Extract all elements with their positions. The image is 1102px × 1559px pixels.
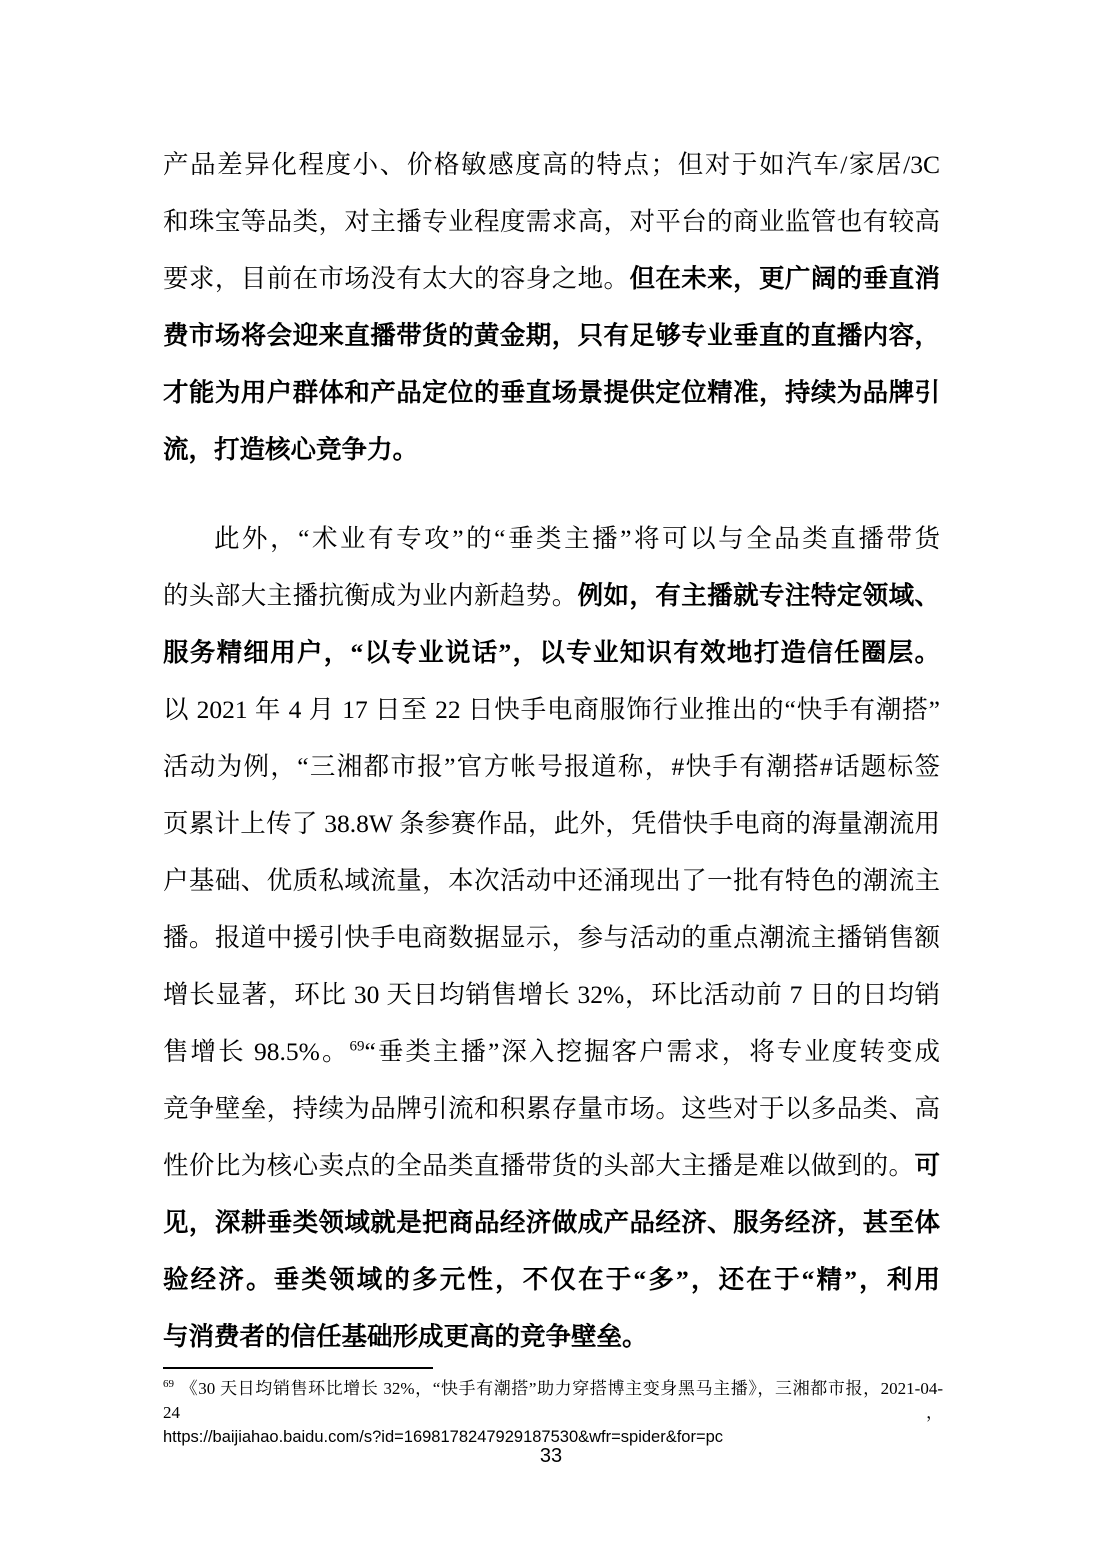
- text-run: 售增长 98.5%。: [163, 1037, 350, 1066]
- text-line: 服务精细用户，“以专业说话”，以专业知识有效地打造信任圈层。: [163, 624, 940, 681]
- footnote-text: 《30 天日均销售环比增长 32%，“快手有潮搭”助力穿搭博主变身黑马主播》，三…: [163, 1379, 943, 1422]
- paragraph-2: 此外，“术业有专攻”的“垂类主播”将可以与全品类直播带货的头部大主播抗衡成为业内…: [163, 510, 940, 1365]
- text-run: 服务精细用户，“以专业说话”，以专业知识有效地打造信任圈层。: [163, 638, 940, 667]
- text-line: 产品差异化程度小、价格敏感度高的特点；但对于如汽车/家居/3C: [163, 136, 940, 193]
- text-run: 要求，目前在市场没有太大的容身之地。: [163, 264, 629, 293]
- text-run: “垂类主播”深入挖掘客户需求，将专业度转变成: [365, 1037, 941, 1066]
- text-run: 以 2021 年 4 月 17 日至 22 日快手电商服饰行业推出的“快手有潮搭…: [163, 695, 940, 724]
- footnote: 69《30 天日均销售环比增长 32%，“快手有潮搭”助力穿搭博主变身黑马主播》…: [163, 1367, 943, 1449]
- document-page: 产品差异化程度小、价格敏感度高的特点；但对于如汽车/家居/3C和珠宝等品类，对主…: [0, 0, 1102, 1559]
- text-run: 性价比为核心卖点的全品类直播带货的头部大主播是难以做到的。: [163, 1151, 914, 1180]
- text-line: 见，深耕垂类领域就是把商品经济做成产品经济、服务经济，甚至体: [163, 1194, 940, 1251]
- text-line: 活动为例，“三湘都市报”官方帐号报道称，#快手有潮搭#话题标签: [163, 738, 940, 795]
- text-line: 才能为用户群体和产品定位的垂直场景提供定位精准，持续为品牌引: [163, 364, 940, 421]
- text-line: 户基础、优质私域流量，本次活动中还涌现出了一批有特色的潮流主: [163, 852, 940, 909]
- text-run: 产品差异化程度小、价格敏感度高的特点；但对于如汽车/家居/3C: [163, 150, 940, 179]
- text-line: 此外，“术业有专攻”的“垂类主播”将可以与全品类直播带货: [163, 510, 940, 567]
- footnote-separator: [163, 1367, 433, 1369]
- footnote-marker: 69: [163, 1378, 174, 1390]
- text-run: 见，深耕垂类领域就是把商品经济做成产品经济、服务经济，甚至体: [163, 1208, 940, 1237]
- text-run: 流，打造核心竞争力。: [163, 435, 418, 464]
- text-line: 要求，目前在市场没有太大的容身之地。但在未来，更广阔的垂直消: [163, 250, 940, 307]
- text-run: 可: [914, 1151, 940, 1180]
- text-run: 但在未来，更广阔的垂直消: [629, 264, 940, 293]
- footnote-line-1: 69《30 天日均销售环比增长 32%，“快手有潮搭”助力穿搭博主变身黑马主播》…: [163, 1377, 943, 1425]
- text-run: 验经济。垂类领域的多元性，不仅在于“多”，还在于“精”，利用: [163, 1265, 940, 1294]
- text-run: 竞争壁垒，持续为品牌引流和积累存量市场。这些对于以多品类、高: [163, 1094, 940, 1123]
- text-line: 与消费者的信任基础形成更高的竞争壁垒。: [163, 1308, 940, 1365]
- text-run: 户基础、优质私域流量，本次活动中还涌现出了一批有特色的潮流主: [163, 866, 940, 895]
- text-line: 增长显著，环比 30 天日均销售增长 32%，环比活动前 7 日的日均销: [163, 966, 940, 1023]
- text-run: 活动为例，“三湘都市报”官方帐号报道称，#快手有潮搭#话题标签: [163, 752, 940, 781]
- text-line: 以 2021 年 4 月 17 日至 22 日快手电商服饰行业推出的“快手有潮搭…: [163, 681, 940, 738]
- text-line: 验经济。垂类领域的多元性，不仅在于“多”，还在于“精”，利用: [163, 1251, 940, 1308]
- body-text: 产品差异化程度小、价格敏感度高的特点；但对于如汽车/家居/3C和珠宝等品类，对主…: [163, 136, 940, 1365]
- text-run: 费市场将会迎来直播带货的黄金期，只有足够专业垂直的直播内容，: [163, 321, 940, 350]
- page-number: 33: [0, 1444, 1102, 1468]
- text-run: 页累计上传了 38.8W 条参赛作品，此外，凭借快手电商的海量潮流用: [163, 809, 940, 838]
- text-line: 售增长 98.5%。69“垂类主播”深入挖掘客户需求，将专业度转变成: [163, 1023, 940, 1080]
- text-run: 此外，“术业有专攻”的“垂类主播”将可以与全品类直播带货: [214, 524, 940, 553]
- text-line: 竞争壁垒，持续为品牌引流和积累存量市场。这些对于以多品类、高: [163, 1080, 940, 1137]
- text-run: 才能为用户群体和产品定位的垂直场景提供定位精准，持续为品牌引: [163, 378, 940, 407]
- text-line: 的头部大主播抗衡成为业内新趋势。例如，有主播就专注特定领域、: [163, 567, 940, 624]
- text-line: 流，打造核心竞争力。: [163, 421, 940, 478]
- text-run: 和珠宝等品类，对主播专业程度需求高，对平台的商业监管也有较高: [163, 207, 940, 236]
- text-line: 页累计上传了 38.8W 条参赛作品，此外，凭借快手电商的海量潮流用: [163, 795, 940, 852]
- footnote-reference: 69: [350, 1039, 365, 1055]
- paragraph-1: 产品差异化程度小、价格敏感度高的特点；但对于如汽车/家居/3C和珠宝等品类，对主…: [163, 136, 940, 478]
- text-run: 与消费者的信任基础形成更高的竞争壁垒。: [163, 1322, 648, 1351]
- text-run: 例如，有主播就专注特定领域、: [578, 581, 940, 610]
- text-run: 的头部大主播抗衡成为业内新趋势。: [163, 581, 578, 610]
- text-run: 播。报道中援引快手电商数据显示，参与活动的重点潮流主播销售额: [163, 923, 940, 952]
- text-run: 增长显著，环比 30 天日均销售增长 32%，环比活动前 7 日的日均销: [163, 980, 940, 1009]
- text-line: 播。报道中援引快手电商数据显示，参与活动的重点潮流主播销售额: [163, 909, 940, 966]
- text-line: 性价比为核心卖点的全品类直播带货的头部大主播是难以做到的。可: [163, 1137, 940, 1194]
- text-line: 和珠宝等品类，对主播专业程度需求高，对平台的商业监管也有较高: [163, 193, 940, 250]
- text-line: 费市场将会迎来直播带货的黄金期，只有足够专业垂直的直播内容，: [163, 307, 940, 364]
